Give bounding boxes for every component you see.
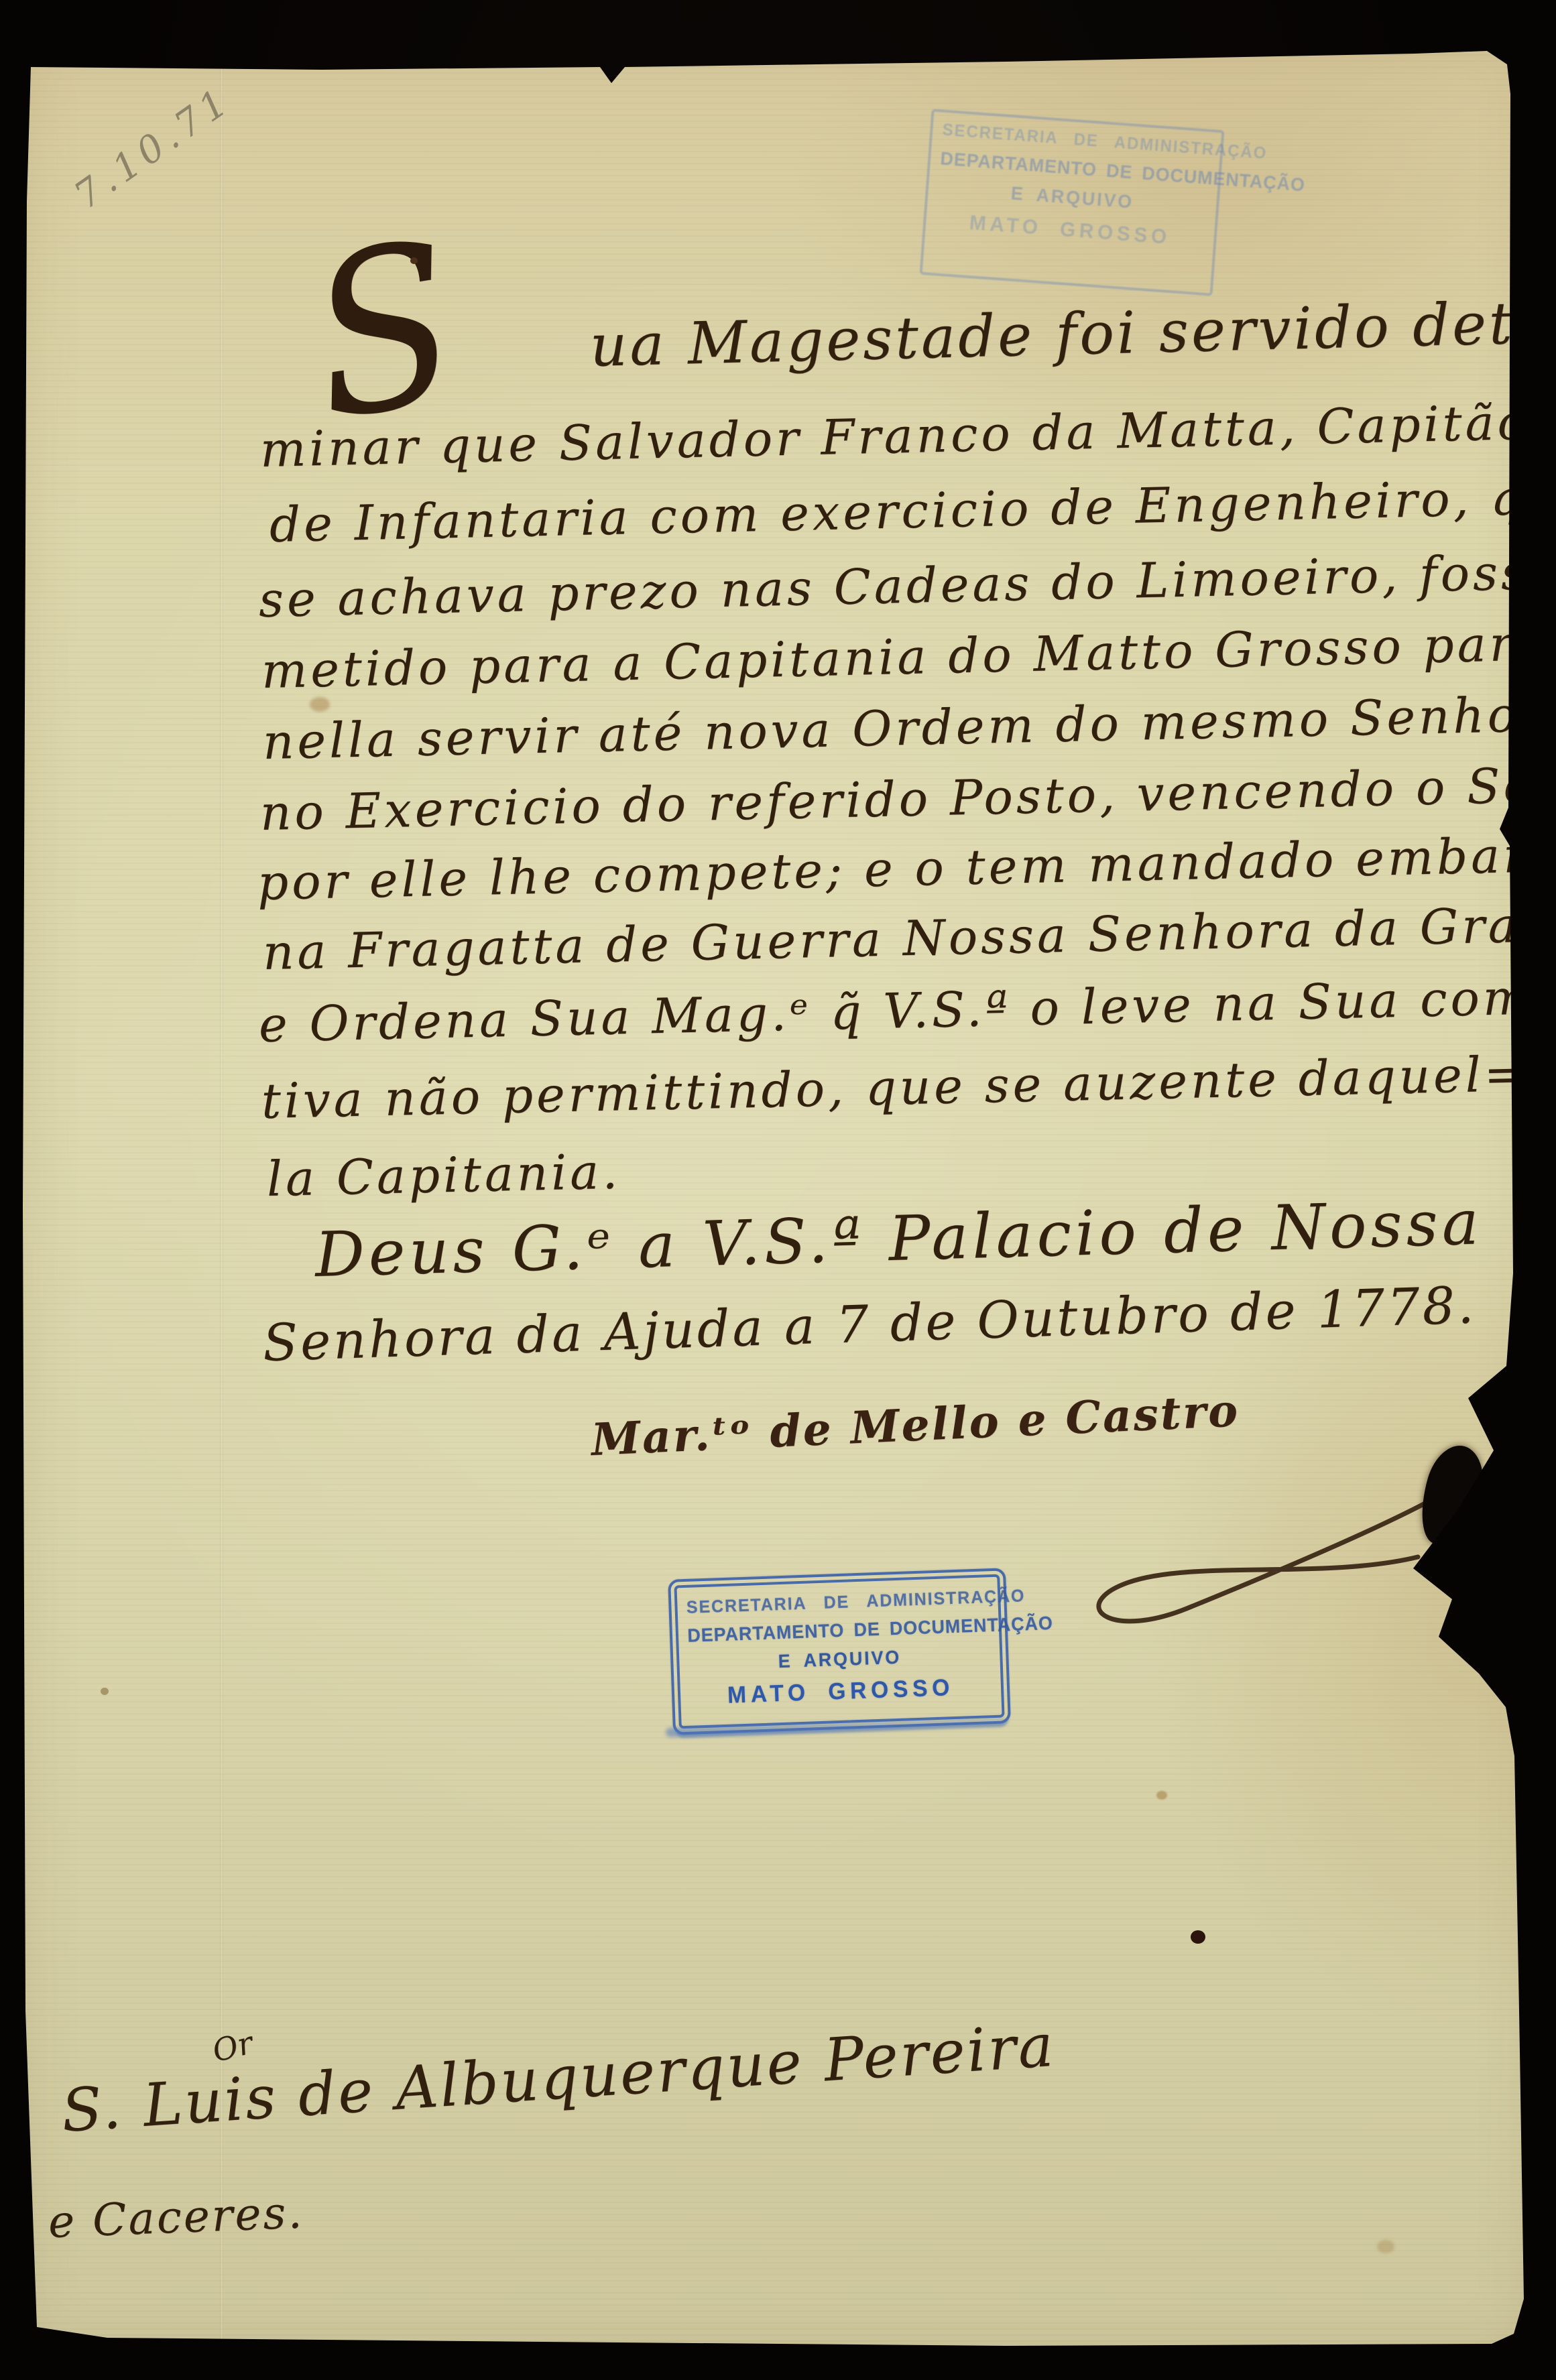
address-line-2: e Caceres.	[48, 2188, 305, 2247]
photo-canvas: 7.10.71 SECRETARIA DE ADMINISTRAÇÃO DEPA…	[0, 0, 1556, 2380]
vertical-fold-crease	[220, 64, 223, 2343]
signature-flourish	[1042, 1485, 1472, 1639]
stamp-line-departamento: DEPARTAMENTO DE DOCUMENTAÇÃO	[687, 1615, 990, 1647]
archive-stamp-bottom: SECRETARIA DE ADMINISTRAÇÃO DEPARTAMENTO…	[668, 1568, 1011, 1735]
closing-salutation-line: Deus G.ᵉ a V.S.ª Palacio de Nossa	[314, 1188, 1484, 1289]
stamp-ink-smudge	[666, 1716, 1006, 1737]
foxing-stain	[310, 697, 330, 712]
address-line-1: S. Luis de Albuquerque Pereira	[60, 2013, 1057, 2144]
foxing-stain	[101, 1688, 109, 1695]
letter-line-5: metido para a Capitania do Matto Grosso …	[261, 617, 1549, 698]
letter-line-12: la Capitania.	[266, 1145, 621, 1206]
stamp-line-arquivo: E ARQUIVO	[688, 1643, 991, 1676]
letter-line-1: ua Magestade foi servido deter=	[589, 290, 1556, 379]
address-superscript: Or	[209, 2025, 256, 2068]
pencil-date-note: 7.10.71	[67, 80, 239, 217]
letter-line-3: de Infantaria com exercicio de Engenheir…	[269, 470, 1556, 552]
letter-line-7: no Exercicio do referido Posto, vencendo…	[259, 756, 1556, 840]
letter-line-6: nella servir até nova Ordem do mesmo Sen…	[262, 688, 1547, 769]
stamp-line-mato-grosso: MATO GROSSO	[689, 1673, 992, 1710]
stamp-line-secretaria: SECRETARIA DE ADMINISTRAÇÃO	[686, 1586, 989, 1618]
date-line: Senhora da Ajuda a 7 de Outubro de 1778.	[262, 1277, 1478, 1371]
letter-line-9: na Fragatta de Guerra Nossa Senhora da G…	[262, 897, 1556, 979]
letter-line-11: tiva não permittindo, que se auzente daq…	[261, 1048, 1529, 1128]
signature-flourish-stroke	[1099, 1493, 1445, 1621]
foxing-stain	[1377, 2240, 1394, 2253]
signature-mello-e-castro: Mar.ᵗᵒ de Mello e Castro	[590, 1386, 1240, 1464]
letter-line-4: se achava prezo nas Cadeas do Limoeiro, …	[258, 543, 1556, 627]
archive-stamp-top: SECRETARIA DE ADMINISTRAÇÃO DEPARTAMENTO…	[920, 109, 1225, 296]
ink-speck	[410, 257, 418, 264]
letter-line-8: por elle lhe compete; e o tem mandado em…	[257, 827, 1556, 910]
ink-speck	[1191, 1930, 1205, 1944]
letter-line-10: e Ordena Sua Mag.ᵉ q̃ V.S.ª o leve na Su…	[258, 970, 1556, 1052]
foxing-stain	[1156, 1791, 1167, 1800]
manuscript-paper: 7.10.71 SECRETARIA DE ADMINISTRAÇÃO DEPA…	[0, 0, 1556, 2380]
